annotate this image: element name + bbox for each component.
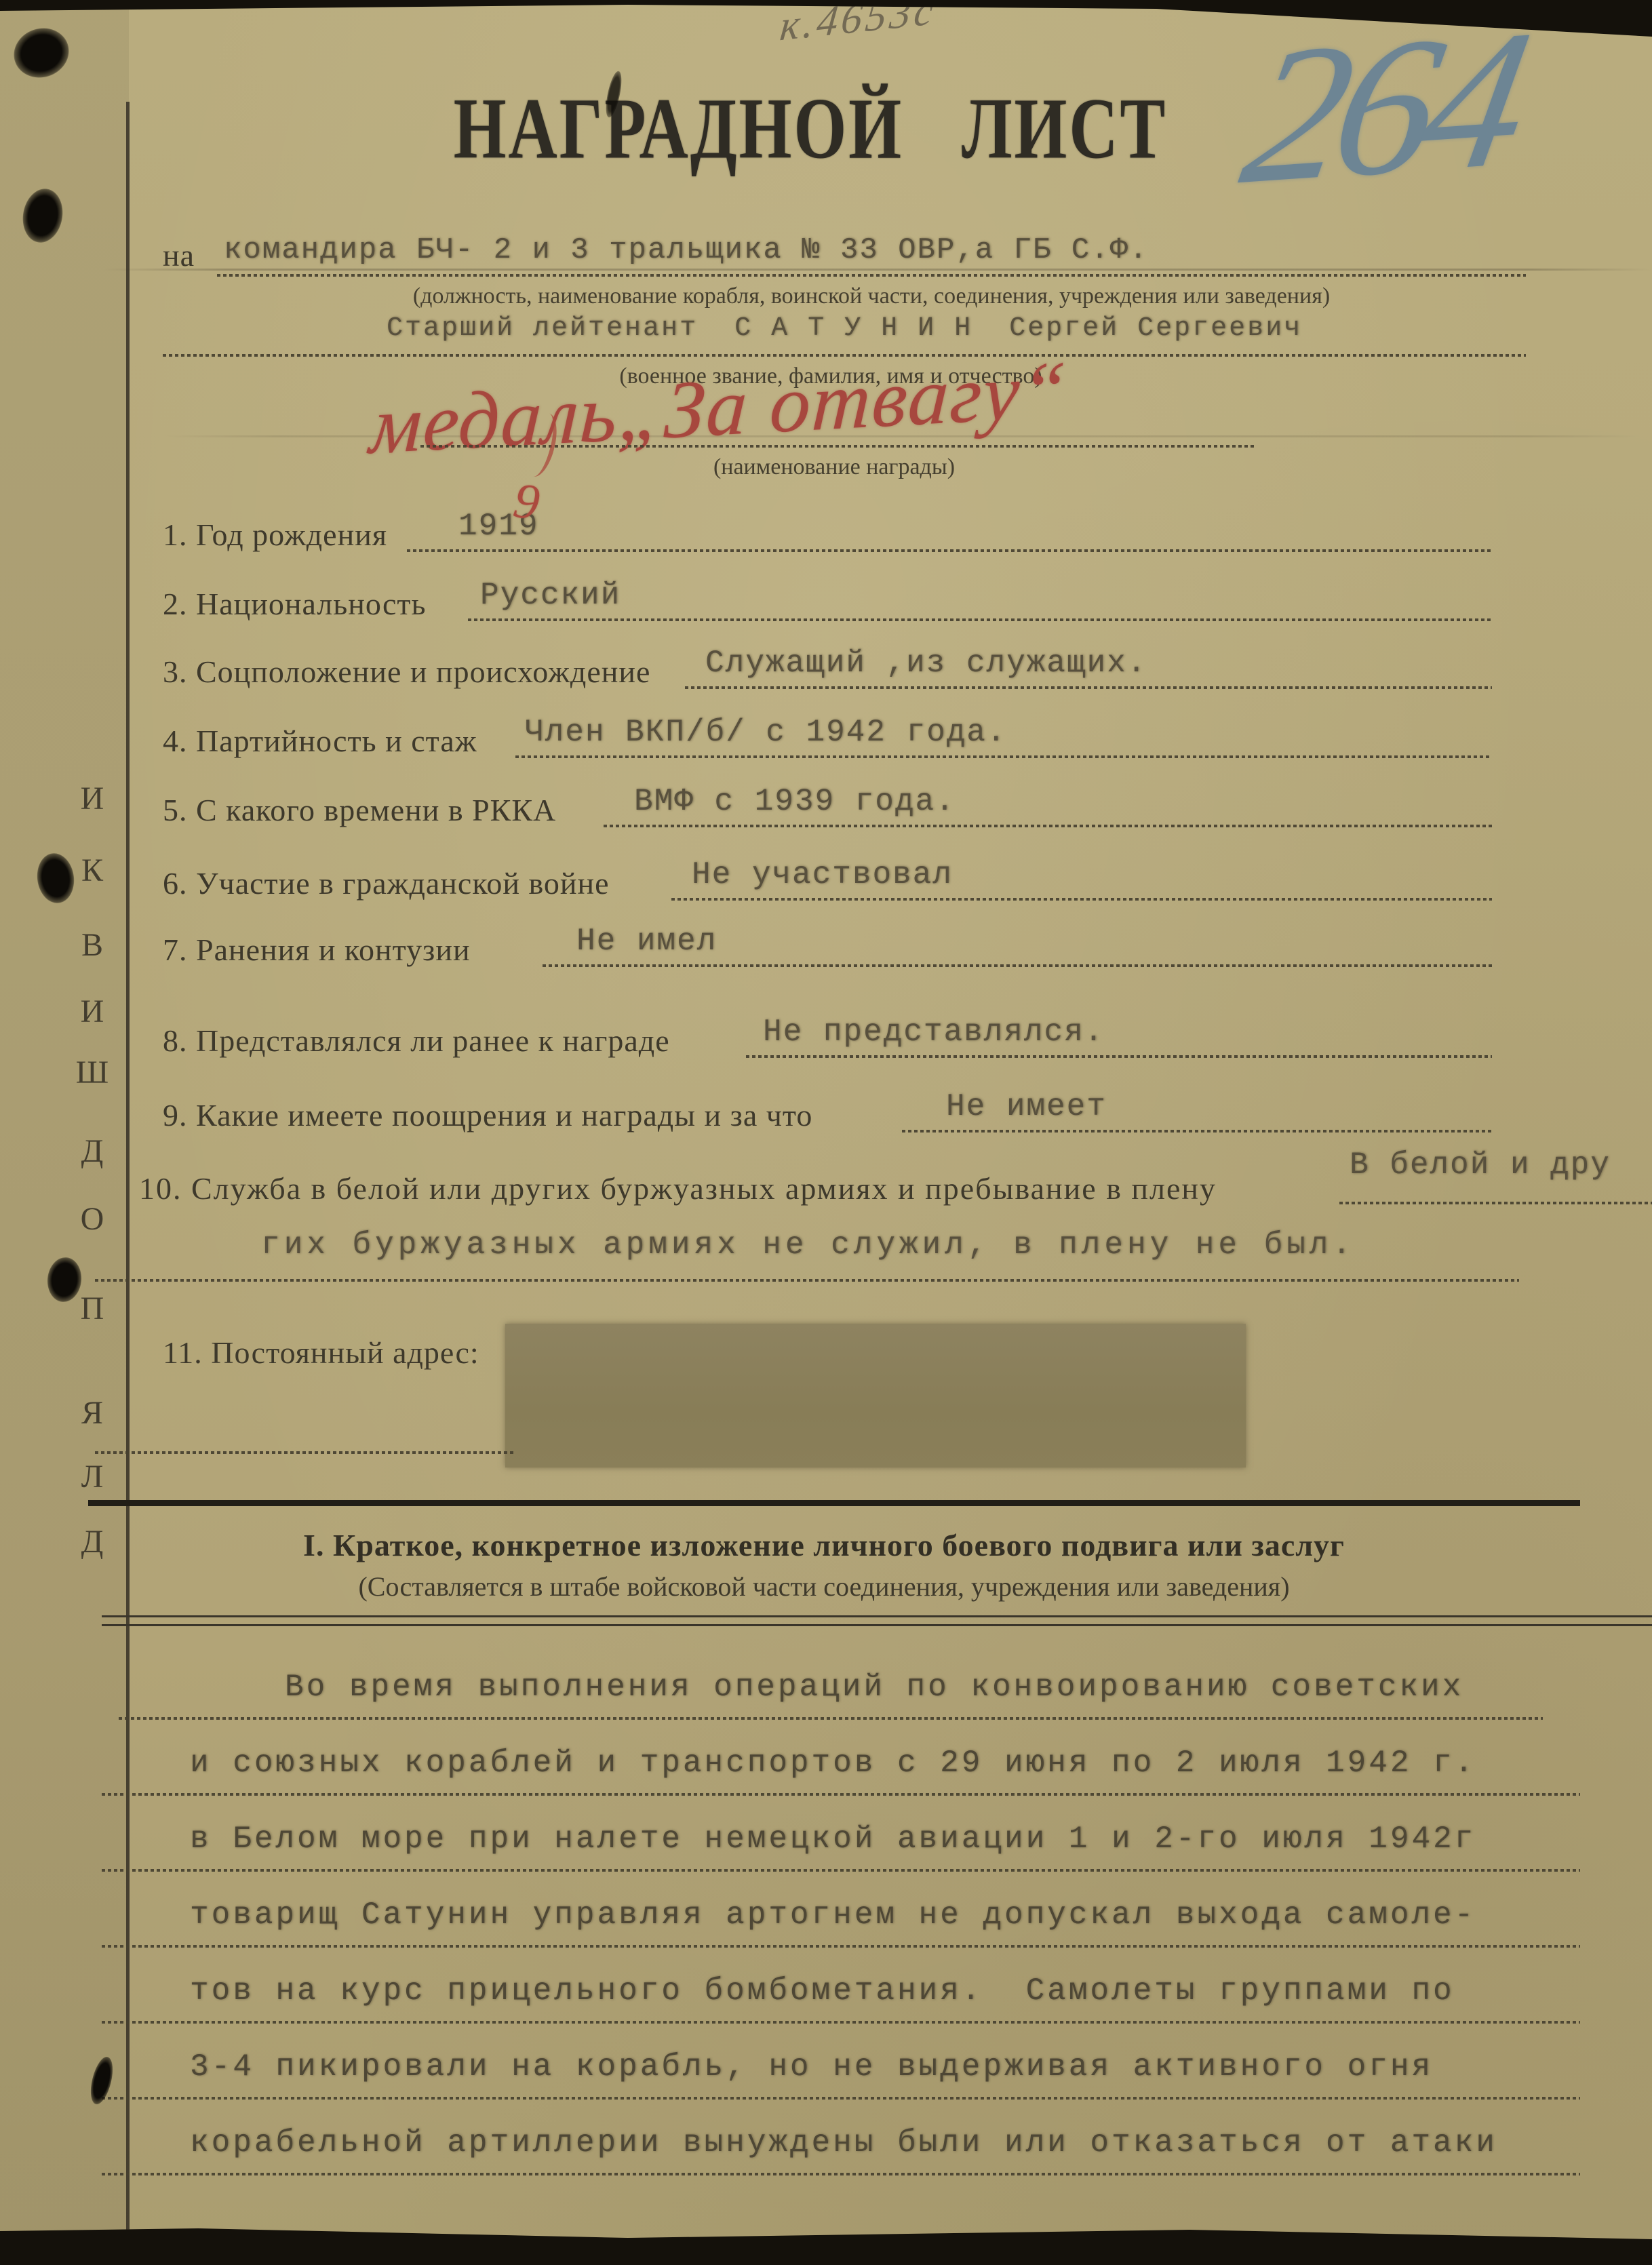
dotted-line xyxy=(102,2021,1580,2024)
dotted-line xyxy=(407,549,1492,552)
dotted-line xyxy=(604,825,1492,827)
field-label: 10. Служба в белой или других буржуазных… xyxy=(139,1170,1217,1206)
position-value: командира БЧ- 2 и 3 тральщика № 33 ОВР,а… xyxy=(224,233,1148,267)
dotted-line xyxy=(119,1717,1543,1720)
margin-letter: Д xyxy=(72,1523,113,1560)
section-subheading: (Составляется в штабе войсковой части со… xyxy=(149,1571,1499,1602)
dotted-line xyxy=(746,1055,1492,1058)
field-value: Не участвовал xyxy=(692,857,953,892)
margin-letter: П xyxy=(72,1290,113,1327)
dotted-line xyxy=(468,618,1492,621)
award-hint: (наименование награды) xyxy=(597,454,1071,480)
dotted-line xyxy=(102,1945,1580,1948)
margin-letter: И xyxy=(72,993,113,1030)
body-line: и союзных кораблей и транспортов с 29 ию… xyxy=(190,1746,1476,1781)
margin-letter: Я xyxy=(72,1394,113,1432)
dotted-line xyxy=(671,898,1492,901)
field-label: 4. Партийность и стаж xyxy=(163,723,477,759)
body-line: Во время выполнения операций по конвоиро… xyxy=(285,1670,1463,1705)
body-line: тов на курс прицельного бомбометания. Са… xyxy=(190,1973,1455,2009)
section-heading: I. Краткое, конкретное изложение личного… xyxy=(149,1527,1499,1563)
field-label: 2. Национальность xyxy=(163,586,427,622)
left-margin-rule xyxy=(126,102,130,2231)
document-title: НАГРАДНОЙ ЛИСТ xyxy=(0,79,1621,178)
margin-letter: И xyxy=(72,780,113,817)
body-line: товарищ Сатунин управляя артогнем не доп… xyxy=(190,1897,1476,1933)
body-line: в Белом море при налете немецкой авиации… xyxy=(190,1821,1476,1857)
double-rule xyxy=(102,1615,1652,1626)
field-value: Не имел xyxy=(576,924,717,959)
punch-hole xyxy=(34,851,77,906)
dotted-line xyxy=(102,1793,1580,1796)
punch-hole xyxy=(18,186,66,246)
scanned-document: к.4653с 264 НАГРАДНОЙ ЛИСТ И К В И Ш Д О… xyxy=(0,0,1652,2265)
field-value: Русский xyxy=(480,578,621,613)
section-divider xyxy=(88,1500,1580,1506)
dotted-line xyxy=(102,2173,1580,2175)
field-value: Не представлялся. xyxy=(763,1015,1104,1050)
dotted-line xyxy=(102,2097,1580,2100)
dotted-line xyxy=(543,964,1492,967)
pencil-archive-note: к.4653с xyxy=(778,0,939,52)
margin-letter: Д xyxy=(72,1132,113,1170)
paper-tear xyxy=(7,21,75,85)
body-line: 3-4 пикировали на корабль, но не выдержи… xyxy=(190,2049,1433,2085)
paper-crease xyxy=(102,269,1652,271)
body-line: корабельной артиллерии вынуждены были ил… xyxy=(190,2125,1497,2161)
redaction-block xyxy=(505,1324,1246,1468)
dotted-line xyxy=(95,1451,515,1454)
dotted-line xyxy=(685,686,1492,689)
field-label: 3. Соцположение и происхождение xyxy=(163,654,650,690)
award-name-handwritten: медаль„За отвагу“ xyxy=(368,342,1069,473)
rank-name-value: Старший лейтенант С А Т У Н И Н Сергей С… xyxy=(387,313,1302,344)
field-label: 5. С какого времени в РККА xyxy=(163,792,556,828)
dotted-line xyxy=(217,274,1526,277)
field-value: Член ВКП/б/ с 1942 года. xyxy=(525,715,1007,750)
margin-letter: О xyxy=(72,1200,113,1238)
dotted-line xyxy=(515,755,1492,758)
field-value: Служащий ,из служащих. xyxy=(705,646,1147,681)
field-value: В белой и дру xyxy=(1350,1147,1611,1183)
margin-letter: Л xyxy=(72,1458,113,1495)
field-value: Не имеет xyxy=(946,1089,1107,1124)
na-label: на xyxy=(163,237,195,273)
field-label: 11. Постоянный адрес: xyxy=(163,1335,479,1371)
field-label: 8. Представлялся ли ранее к награде xyxy=(163,1023,670,1059)
field-label: 7. Ранения и контузии xyxy=(163,932,471,968)
position-hint: (должность, наименование корабля, воинск… xyxy=(339,283,1404,309)
paper-sheet: к.4653с 264 НАГРАДНОЙ ЛИСТ И К В И Ш Д О… xyxy=(0,0,1652,2265)
field-value: ВМФ с 1939 года. xyxy=(634,784,956,819)
margin-letter: В xyxy=(72,926,113,964)
field-label: 6. Участие в гражданской войне xyxy=(163,865,610,901)
field-label: 9. Какие имеете поощрения и награды и за… xyxy=(163,1097,812,1133)
dotted-line xyxy=(102,1869,1580,1872)
dotted-line xyxy=(902,1130,1492,1132)
margin-letter: Ш xyxy=(72,1054,113,1091)
dotted-line xyxy=(95,1279,1519,1282)
field-value-continuation: гих буржуазных армиях не служил, в плену… xyxy=(261,1227,1355,1263)
dotted-line xyxy=(1339,1202,1652,1204)
margin-letter: К xyxy=(72,852,113,889)
field-label: 1. Год рождения xyxy=(163,517,387,553)
